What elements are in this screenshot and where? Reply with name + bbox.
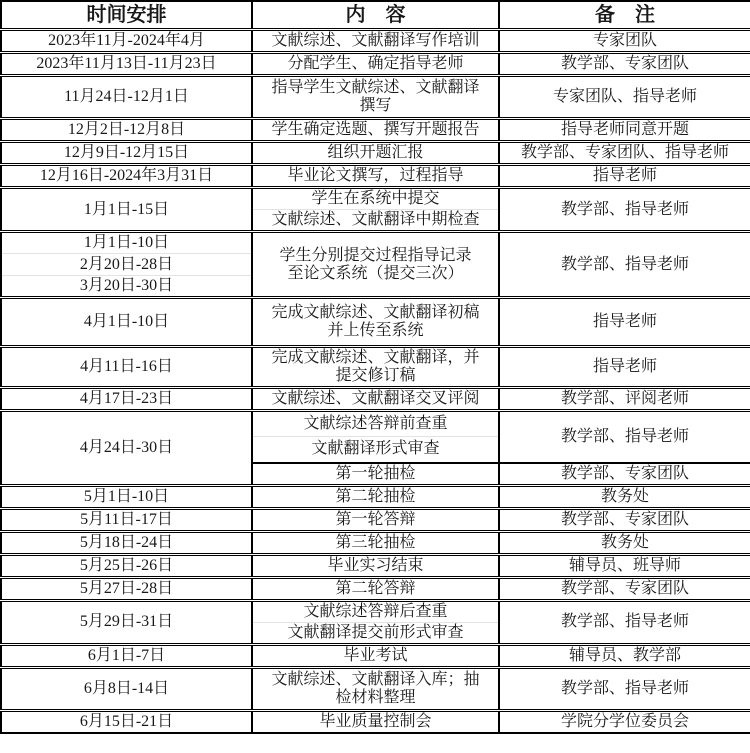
note-cell: 教学部、专家团队 — [499, 577, 750, 600]
time-cell: 5月1日-10日 — [1, 485, 252, 508]
table-row: 5月27日-28日 第二轮答辩 教学部、专家团队 — [1, 577, 750, 600]
time-cell: 5月25日-26日 — [1, 554, 252, 577]
table-row: 5月29日-31日 文献综述答辩后查重 教学部、指导老师 — [1, 600, 750, 622]
content-cell: 第二轮答辩 — [252, 577, 499, 600]
table-row: 1月1日-15日 学生在系统中提交 教学部、指导老师 — [1, 188, 750, 210]
time-cell: 4月24日-30日 — [1, 411, 252, 486]
table-row: 4月17日-23日 文献综述、文献翻译交叉评阅 教学部、评阅老师 — [1, 388, 750, 411]
note-cell: 教学部、指导老师 — [499, 188, 750, 232]
content-cell: 学生在系统中提交 — [252, 188, 499, 210]
content-line: 完成文献综述、文献翻译初稿 — [255, 304, 496, 322]
table-row: 2023年11月13日-11月23日 分配学生、确定指导老师 教学部、专家团队 — [1, 53, 750, 76]
time-cell: 5月29日-31日 — [1, 600, 252, 644]
content-cell: 文献翻译提交前形式审查 — [252, 622, 499, 644]
header-row: 时间安排 内 容 备 注 — [1, 1, 750, 30]
content-cell: 学生分别提交过程指导记录 至论文系统（提交三次） — [252, 232, 499, 298]
table-row: 5月25日-26日 毕业实习结束 辅导员、班导师 — [1, 554, 750, 577]
content-cell: 文献翻译形式审查 — [252, 437, 499, 463]
time-cell: 12月16日-2024年3月31日 — [1, 165, 252, 188]
note-cell: 辅导员、班导师 — [499, 554, 750, 577]
table-row: 12月2日-12月8日 学生确定选题、撰写开题报告 指导老师同意开题 — [1, 119, 750, 142]
table-row: 12月9日-12月15日 组织开题汇报 教学部、专家团队、指导老师 — [1, 142, 750, 165]
content-cell: 文献综述、文献翻译交叉评阅 — [252, 388, 499, 411]
note-cell: 教务处 — [499, 485, 750, 508]
note-cell: 教务处 — [499, 531, 750, 554]
time-cell: 2月20日-28日 — [1, 254, 252, 276]
time-cell: 4月17日-23日 — [1, 388, 252, 411]
content-line: 至论文系统（提交三次） — [255, 265, 496, 283]
content-line: 检材料整理 — [255, 689, 496, 707]
time-cell: 4月1日-10日 — [1, 298, 252, 347]
content-cell: 第二轮抽检 — [252, 485, 499, 508]
table-row: 1月1日-10日 学生分别提交过程指导记录 至论文系统（提交三次） 教学部、指导… — [1, 232, 750, 254]
note-cell: 教学部、指导老师 — [499, 600, 750, 644]
content-cell: 第一轮答辩 — [252, 508, 499, 531]
content-cell: 毕业论文撰写，过程指导 — [252, 165, 499, 188]
table-row: 12月16日-2024年3月31日 毕业论文撰写，过程指导 指导老师 — [1, 165, 750, 188]
note-cell: 教学部、指导老师 — [499, 232, 750, 298]
content-line: 学生分别提交过程指导记录 — [255, 247, 496, 265]
note-cell: 指导老师同意开题 — [499, 119, 750, 142]
time-cell: 2023年11月-2024年4月 — [1, 30, 252, 53]
content-cell: 毕业考试 — [252, 644, 499, 667]
content-cell: 完成文献综述、文献翻译初稿 并上传至系统 — [252, 298, 499, 347]
content-line: 完成文献综述、文献翻译，并 — [255, 349, 496, 367]
content-cell: 毕业质量控制会 — [252, 710, 499, 733]
table-row: 6月8日-14日 文献综述、文献翻译入库；抽 检材料整理 教学部、指导老师 — [1, 667, 750, 710]
time-cell: 2023年11月13日-11月23日 — [1, 53, 252, 76]
time-cell: 6月15日-21日 — [1, 710, 252, 733]
time-cell: 12月2日-12月8日 — [1, 119, 252, 142]
content-cell: 文献综述、文献翻译中期检查 — [252, 210, 499, 232]
note-cell: 教学部、专家团队 — [499, 463, 750, 486]
time-cell: 6月1日-7日 — [1, 644, 252, 667]
content-line: 指导学生文献综述、文献翻译 — [255, 79, 496, 97]
page: { "colors": { "border": "#000000", "ligh… — [0, 0, 750, 734]
time-cell: 1月1日-10日 — [1, 232, 252, 254]
content-cell: 第一轮抽检 — [252, 463, 499, 486]
note-cell: 教学部、指导老师 — [499, 411, 750, 463]
note-cell: 指导老师 — [499, 298, 750, 347]
table-row: 11月24日-12月1日 指导学生文献综述、文献翻译 撰写 专家团队、指导老师 — [1, 76, 750, 119]
note-cell: 教学部、指导老师 — [499, 667, 750, 710]
table-row: 5月11日-17日 第一轮答辩 教学部、专家团队 — [1, 508, 750, 531]
time-cell: 4月11日-16日 — [1, 347, 252, 388]
content-cell: 文献综述、文献翻译写作培训 — [252, 30, 499, 53]
content-line: 撰写 — [255, 97, 496, 115]
table-row: 4月1日-10日 完成文献综述、文献翻译初稿 并上传至系统 指导老师 — [1, 298, 750, 347]
content-cell: 分配学生、确定指导老师 — [252, 53, 499, 76]
time-cell: 5月18日-24日 — [1, 531, 252, 554]
content-line: 文献综述、文献翻译入库；抽 — [255, 671, 496, 689]
note-cell: 辅导员、教学部 — [499, 644, 750, 667]
note-cell: 教学部、评阅老师 — [499, 388, 750, 411]
content-cell: 毕业实习结束 — [252, 554, 499, 577]
note-cell: 指导老师 — [499, 165, 750, 188]
content-cell: 文献综述答辩前查重 — [252, 411, 499, 437]
content-cell: 组织开题汇报 — [252, 142, 499, 165]
table-row: 6月1日-7日 毕业考试 辅导员、教学部 — [1, 644, 750, 667]
note-cell: 教学部、专家团队 — [499, 508, 750, 531]
content-cell: 完成文献综述、文献翻译，并 提交修订稿 — [252, 347, 499, 388]
note-cell: 专家团队、指导老师 — [499, 76, 750, 119]
note-cell: 教学部、专家团队、指导老师 — [499, 142, 750, 165]
table-row: 5月18日-24日 第三轮抽检 教务处 — [1, 531, 750, 554]
time-cell: 3月20日-30日 — [1, 276, 252, 298]
col-header-content: 内 容 — [252, 1, 499, 30]
col-header-note: 备 注 — [499, 1, 750, 30]
table-row: 4月24日-30日 文献综述答辩前查重 教学部、指导老师 — [1, 411, 750, 437]
content-cell: 文献综述答辩后查重 — [252, 600, 499, 622]
content-line: 并上传至系统 — [255, 322, 496, 340]
note-cell: 教学部、专家团队 — [499, 53, 750, 76]
content-cell: 学生确定选题、撰写开题报告 — [252, 119, 499, 142]
table-row: 5月1日-10日 第二轮抽检 教务处 — [1, 485, 750, 508]
time-cell: 11月24日-12月1日 — [1, 76, 252, 119]
note-cell: 学院分学位委员会 — [499, 710, 750, 733]
schedule-table: 时间安排 内 容 备 注 2023年11月-2024年4月 文献综述、文献翻译写… — [0, 0, 750, 734]
content-line: 提交修订稿 — [255, 367, 496, 385]
time-cell: 1月1日-15日 — [1, 188, 252, 232]
content-cell: 指导学生文献综述、文献翻译 撰写 — [252, 76, 499, 119]
table-row: 4月11日-16日 完成文献综述、文献翻译，并 提交修订稿 指导老师 — [1, 347, 750, 388]
content-cell: 文献综述、文献翻译入库；抽 检材料整理 — [252, 667, 499, 710]
note-cell: 指导老师 — [499, 347, 750, 388]
time-cell: 5月27日-28日 — [1, 577, 252, 600]
time-cell: 5月11日-17日 — [1, 508, 252, 531]
content-cell: 第三轮抽检 — [252, 531, 499, 554]
col-header-time: 时间安排 — [1, 1, 252, 30]
note-cell: 专家团队 — [499, 30, 750, 53]
time-cell: 6月8日-14日 — [1, 667, 252, 710]
table-row: 6月15日-21日 毕业质量控制会 学院分学位委员会 — [1, 710, 750, 733]
time-cell: 12月9日-12月15日 — [1, 142, 252, 165]
table-row: 2023年11月-2024年4月 文献综述、文献翻译写作培训 专家团队 — [1, 30, 750, 53]
